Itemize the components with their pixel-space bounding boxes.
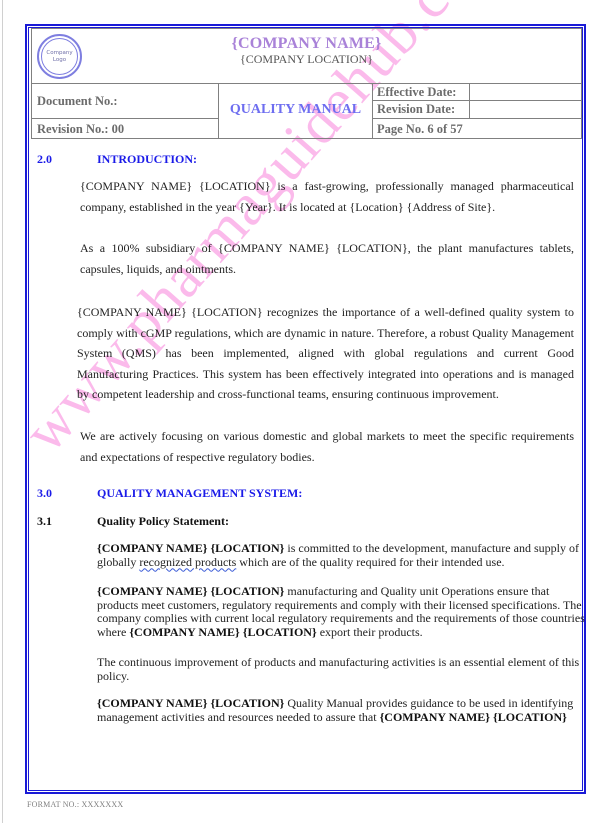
policy-paragraph-1: {COMPANY NAME} {LOCATION} is committed t…	[97, 542, 585, 569]
intro-paragraph-2: As a 100% subsidiary of {COMPANY NAME} {…	[80, 238, 574, 279]
effective-date-label: Effective Date:	[377, 85, 456, 100]
header-top-row: Company Logo {COMPANY NAME} {COMPANY LOC…	[31, 28, 582, 84]
effective-date-label-cell: Effective Date:	[372, 83, 470, 101]
revision-no-cell: Revision No.: 00	[31, 118, 219, 139]
intro-paragraph-3: {COMPANY NAME} {LOCATION} recognizes the…	[77, 302, 574, 405]
document-no-label: Document No.:	[37, 94, 118, 109]
doc-title: QUALITY MANUAL	[219, 102, 372, 118]
spellcheck-flagged-text[interactable]: recognized products	[139, 555, 236, 569]
page-edge	[2, 0, 3, 823]
page-no-cell: Page No. 6 of 57	[372, 118, 582, 139]
revision-date-value-cell	[469, 100, 582, 119]
company-placeholder: {COMPANY NAME} {LOCATION}	[380, 710, 567, 724]
effective-date-value-cell	[469, 83, 582, 101]
policy-paragraph-4: {COMPANY NAME} {LOCATION} Quality Manual…	[97, 697, 579, 724]
section-3-title: QUALITY MANAGEMENT SYSTEM:	[97, 486, 302, 501]
company-location: {COMPANY LOCATION}	[32, 52, 581, 67]
section-3-1-title: Quality Policy Statement:	[97, 514, 229, 529]
company-name: {COMPANY NAME}	[32, 35, 581, 53]
section-3-1-number: 3.1	[37, 514, 52, 529]
text: export their products.	[317, 625, 423, 639]
text: which are of the quality required for th…	[236, 555, 504, 569]
company-placeholder: {COMPANY NAME} {LOCATION}	[129, 625, 316, 639]
revision-no-label: Revision No.: 00	[37, 122, 124, 137]
section-2-number: 2.0	[37, 152, 52, 167]
document-no-cell: Document No.:	[31, 83, 219, 119]
page-number: Page No. 6 of 57	[377, 122, 463, 137]
policy-paragraph-3: The continuous improvement of products a…	[97, 656, 585, 683]
intro-paragraph-4: We are actively focusing on various dome…	[80, 426, 574, 467]
format-number: FORMAT NO.: XXXXXXX	[27, 800, 123, 809]
document-header: Company Logo {COMPANY NAME} {COMPANY LOC…	[31, 28, 582, 139]
company-placeholder: {COMPANY NAME} {LOCATION}	[97, 584, 284, 598]
section-2-title: INTRODUCTION:	[97, 152, 197, 167]
policy-paragraph-2: {COMPANY NAME} {LOCATION} manufacturing …	[97, 585, 585, 639]
company-placeholder: {COMPANY NAME} {LOCATION}	[97, 696, 284, 710]
intro-paragraph-1: {COMPANY NAME} {LOCATION} is a fast-grow…	[80, 176, 574, 217]
section-3-number: 3.0	[37, 486, 52, 501]
revision-date-label: Revision Date:	[377, 102, 455, 117]
doc-title-cell: QUALITY MANUAL	[218, 83, 373, 139]
company-placeholder: {COMPANY NAME} {LOCATION}	[97, 541, 284, 555]
revision-date-label-cell: Revision Date:	[372, 100, 470, 119]
